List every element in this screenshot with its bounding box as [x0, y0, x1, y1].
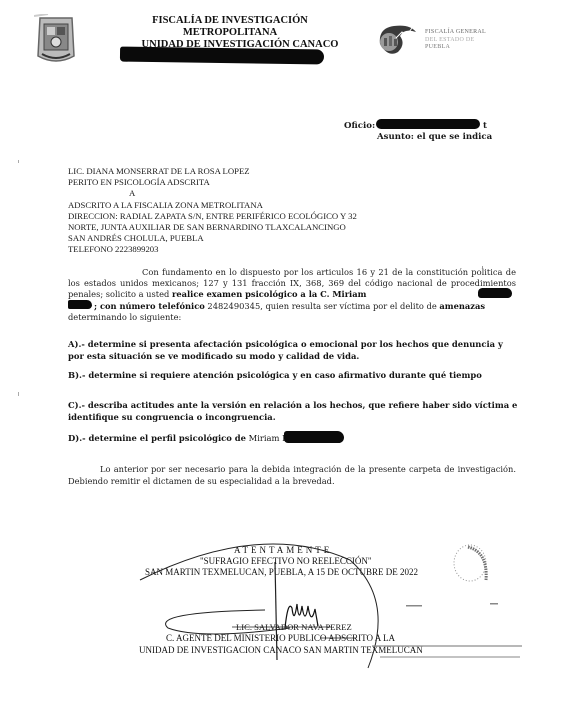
- recipient-name: LIC. DIANA MONSERRAT DE LA ROSA LOPEZ: [68, 166, 357, 177]
- redaction-bar: [120, 47, 324, 65]
- logo-text-line-1: FISCALÍA GENERAL: [425, 29, 486, 37]
- recipient-title: PERITO EN PSICOLOGÍA ADSCRITA: [68, 177, 357, 188]
- recipient-city: SAN ANDRÉS CHOLULA, PUEBLA: [68, 233, 357, 244]
- redaction-bar: [478, 288, 512, 298]
- signer-position-1: C. AGENTE DEL MINISTERIO PUBLICO ADSCRIT…: [166, 633, 395, 643]
- recipient-a: A: [68, 188, 357, 199]
- body-bold-1: realice examen psicológico a la C. Miria…: [172, 289, 366, 299]
- oficio-tail: t: [483, 121, 487, 132]
- recipient-address-2: NORTE, JUNTA AUXILIAR DE SAN BERNARDINO …: [68, 222, 357, 233]
- recipient-block: LIC. DIANA MONSERRAT DE LA ROSA LOPEZ PE…: [68, 166, 357, 256]
- oficio-label: Oficio:: [344, 121, 375, 131]
- place-date: SAN MARTIN TEXMELUCAN, PUEBLA, A 15 DE O…: [145, 567, 418, 577]
- item-b: B).- determine si requiere atención psic…: [68, 369, 520, 381]
- asunto-line: Asunto: el que se indica: [377, 132, 492, 142]
- motto: "SUFRAGIO EFECTIVO NO REELECCIÓN": [200, 556, 372, 566]
- logo-text-line-3: PUEBLA: [425, 44, 486, 52]
- item-d-text: D).- determine el perfil psicológico de: [68, 433, 246, 443]
- atentamente: ATENTAMENTE: [234, 545, 332, 555]
- redaction-bar: [68, 300, 92, 309]
- recipient-office: ADSCRITO A LA FISCALIA ZONA METROLITANA: [68, 200, 357, 211]
- faint-bleed-text: [520, 12, 523, 26]
- body-bold-3: amenazas: [439, 301, 485, 311]
- logo-text-line-2: DEL ESTADO DE: [425, 37, 486, 45]
- closing-paragraph: Lo anterior por ser necesario para la de…: [68, 463, 516, 487]
- body-bold-2: ; con número telefónico: [94, 301, 205, 311]
- redaction-bar: [376, 119, 480, 129]
- item-a: A).- determine si presenta afectación ps…: [68, 338, 520, 362]
- oficio-line: Oficio: t: [344, 121, 375, 132]
- institution-line-1: FISCALÍA DE INVESTIGACIÓN METROPOLITANA: [120, 15, 340, 39]
- fiscalia-general-logo-icon: [376, 22, 418, 60]
- item-d-name: Miriam I: [246, 433, 286, 443]
- redaction-bar: [284, 431, 344, 443]
- item-c: C).- describa actitudes ante la versión …: [68, 399, 520, 423]
- request-paragraph: Con fundamento en lo dispuesto por los a…: [68, 267, 516, 323]
- state-crest-icon: [34, 14, 78, 66]
- body-text-2: 2482490345, quien resulta ser víctima po…: [205, 301, 440, 311]
- recipient-address-1: DIRECCION: RADIAL ZAPATA S/N, ENTRE PERI…: [68, 211, 357, 222]
- signer-position-2: UNIDAD DE INVESTIGACION CANACO SAN MARTI…: [139, 645, 423, 655]
- recipient-phone: TELEFONO 2223899203: [68, 244, 357, 255]
- fiscalia-general-text: FISCALÍA GENERAL DEL ESTADO DE PUEBLA: [425, 29, 486, 52]
- closing-text: Lo anterior por ser necesario para la de…: [68, 464, 516, 486]
- signer-name: LIC. SALVADOR NAVA PEREZ: [236, 622, 352, 632]
- body-text-3: determinando lo siguiente:: [68, 312, 181, 322]
